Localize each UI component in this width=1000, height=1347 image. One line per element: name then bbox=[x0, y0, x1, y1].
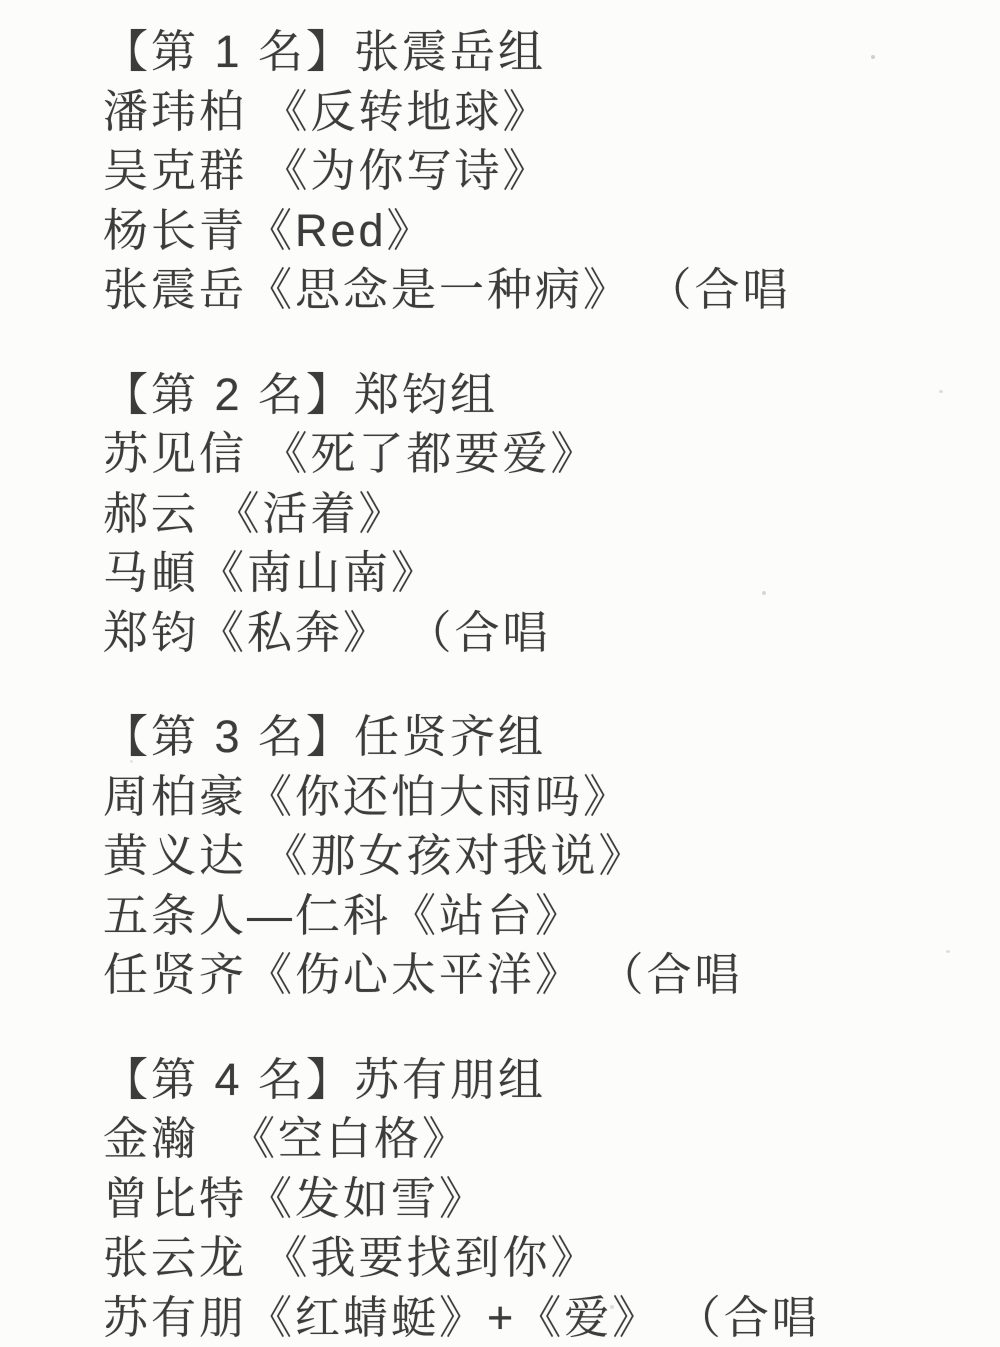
song-line: 苏见信 《死了都要爱》 bbox=[103, 424, 970, 484]
song-line: 黄义达 《那女孩对我说》 bbox=[103, 826, 970, 886]
photo-speck bbox=[130, 760, 133, 763]
song-line: 郑钧《私奔》 （合唱 bbox=[103, 603, 970, 663]
song-list-document: 【第 1 名】张震岳组 潘玮柏 《反转地球》 吴克群 《为你写诗》 杨长青《Re… bbox=[0, 0, 1000, 1347]
song-line: 金瀚 《空白格》 bbox=[103, 1109, 970, 1169]
song-line: 潘玮柏 《反转地球》 bbox=[103, 82, 970, 142]
photo-speck bbox=[946, 950, 950, 953]
photo-speck bbox=[774, 274, 778, 278]
song-line: 张云龙 《我要找到你》 bbox=[103, 1228, 970, 1288]
song-line: 吴克群 《为你写诗》 bbox=[103, 141, 970, 201]
group-section-2: 【第 2 名】郑钧组 苏见信 《死了都要爱》 郝云 《活着》 马頔《南山南》 郑… bbox=[103, 365, 970, 663]
group-section-1: 【第 1 名】张震岳组 潘玮柏 《反转地球》 吴克群 《为你写诗》 杨长青《Re… bbox=[103, 22, 970, 320]
photo-speck bbox=[762, 591, 766, 595]
song-line: 苏有朋《红蜻蜓》+《爱》 （合唱 bbox=[103, 1288, 970, 1347]
group-section-4: 【第 4 名】苏有朋组 金瀚 《空白格》 曾比特《发如雪》 张云龙 《我要找到你… bbox=[103, 1050, 970, 1347]
group-heading: 【第 1 名】张震岳组 bbox=[103, 22, 970, 82]
group-heading: 【第 3 名】任贤齐组 bbox=[103, 707, 970, 767]
song-line: 五条人—仁科《站台》 bbox=[103, 886, 970, 946]
song-line: 周柏豪《你还怕大雨吗》 bbox=[103, 767, 970, 827]
photo-speck bbox=[871, 55, 875, 59]
group-heading: 【第 2 名】郑钧组 bbox=[103, 365, 970, 425]
group-section-3: 【第 3 名】任贤齐组 周柏豪《你还怕大雨吗》 黄义达 《那女孩对我说》 五条人… bbox=[103, 707, 970, 1005]
song-line: 马頔《南山南》 bbox=[103, 543, 970, 603]
song-line: 郝云 《活着》 bbox=[103, 484, 970, 544]
song-line: 任贤齐《伤心太平洋》 （合唱 bbox=[103, 945, 970, 1005]
group-heading: 【第 4 名】苏有朋组 bbox=[103, 1050, 970, 1110]
song-line: 张震岳《思念是一种病》 （合唱 bbox=[103, 260, 970, 320]
song-line: 杨长青《Red》 bbox=[103, 201, 970, 261]
photo-speck bbox=[610, 1305, 614, 1309]
photo-speck bbox=[939, 390, 943, 393]
song-line: 曾比特《发如雪》 bbox=[103, 1169, 970, 1229]
